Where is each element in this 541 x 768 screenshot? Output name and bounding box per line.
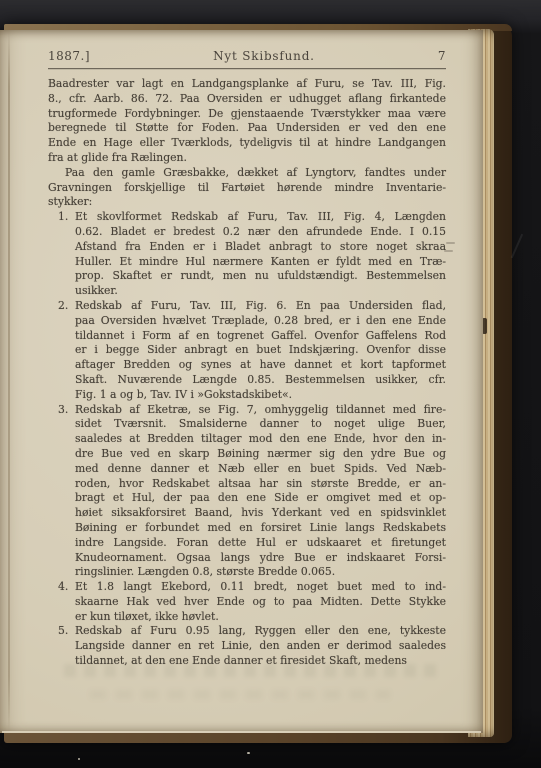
margin-mark: [444, 250, 453, 252]
text-line: fra at glide fra Rælingen.: [48, 151, 446, 166]
text-line: Skaft. Nuværende Længde 0.85. Bestemmels…: [75, 373, 446, 388]
page-bottom-edge: [2, 731, 481, 733]
text-line: 8., cfr. Aarb. 86. 72. Paa Oversiden er …: [48, 92, 446, 107]
text-line: prop. Skaftet er rundt, men nu ufuldstæn…: [75, 269, 446, 284]
list-item-number: 2.: [58, 299, 68, 314]
list-item: 1.Et skovlformet Redskab af Furu, Tav. I…: [48, 210, 446, 299]
paragraph: Baadrester var lagt en Landgangsplanke a…: [48, 77, 446, 166]
scan-background: { "header": { "left": "1887.]", "center"…: [0, 0, 541, 768]
text-line: Ende en Hage eller Tværklods, tydeligvis…: [48, 136, 446, 151]
text-line: paa Oversiden hvælvet Træplade, 0.28 bre…: [75, 314, 446, 329]
list-item: 5.Redskab af Furu 0.95 lang, Ryggen elle…: [48, 624, 446, 668]
text-block: Baadrester var lagt en Landgangsplanke a…: [48, 77, 446, 669]
text-line: usikker.: [75, 284, 446, 299]
dust-speck: [78, 758, 80, 760]
text-line: beregnede til Støtte for Foden. Paa Unde…: [48, 121, 446, 136]
paragraph: Paa den gamle Græsbakke, dækket af Lyngt…: [48, 166, 446, 210]
text-line: Fig. 1 a og b, Tav. IV i »Gokstadskibet«…: [75, 388, 446, 403]
text-line: Paa den gamle Græsbakke, dækket af Lyngt…: [48, 166, 446, 181]
text-line: med denne danner et Næb eller en buet Sp…: [75, 462, 446, 477]
text-line: Redskab af Eketræ, se Fig. 7, omhyggelig…: [75, 403, 446, 418]
list-item-number: 1.: [58, 210, 68, 225]
text-line: trugformede Fordybninger. De gjenstaaend…: [48, 107, 446, 122]
book-page: 1887.] Nyt Skibsfund. 7 Baadrester var l…: [0, 30, 483, 733]
text-line: aftager Bredden og synes at have dannet …: [75, 358, 446, 373]
text-line: dre Bue ved en skarp Bøining nærmer sig …: [75, 447, 446, 462]
list-item: 2.Redskab af Furu, Tav. III, Fig. 6. En …: [48, 299, 446, 403]
list-item-number: 5.: [58, 624, 68, 639]
list-item-number: 4.: [58, 580, 68, 595]
text-line: høiet siksakforsiret Baand, hvis Yderkan…: [75, 506, 446, 521]
list-item: 3.Redskab af Eketræ, se Fig. 7, omhyggel…: [48, 403, 446, 581]
text-line: Huller. Et mindre Hul nærmere Kanten er …: [75, 255, 446, 270]
text-line: skaarne Hak ved hver Ende og to paa Midt…: [75, 595, 446, 610]
text-line: ringslinier. Længden 0.8, største Bredde…: [75, 565, 446, 580]
text-line: Gravningen forskjellige til Fartøiet hør…: [48, 181, 446, 196]
text-line: saaledes at Bredden tiltager mod den ene…: [75, 432, 446, 447]
text-line: sidet Tværsnit. Smalsiderne danner to no…: [75, 417, 446, 432]
margin-mark: [446, 242, 455, 244]
text-line: tildannet i Form af en togrenet Gaffel. …: [75, 329, 446, 344]
dust-speck: [247, 752, 250, 754]
text-line: Redskab af Furu 0.95 lang, Ryggen eller …: [75, 624, 446, 639]
text-line: Et skovlformet Redskab af Furu, Tav. III…: [75, 210, 446, 225]
list-item-number: 3.: [58, 403, 68, 418]
list-item: 4.Et 1.8 langt Ekebord, 0.11 bredt, noge…: [48, 580, 446, 624]
text-line: er i begge Sider anbragt en buet Indskjæ…: [75, 343, 446, 358]
show-through-smudge: [90, 690, 390, 699]
text-line: 0.62. Bladet er bredest 0.2 nær den afru…: [75, 225, 446, 240]
text-line: Baadrester var lagt en Landgangsplanke a…: [48, 77, 446, 92]
text-line: Bøining er forbundet med en forsiret Lin…: [75, 521, 446, 536]
text-line: bragt et Hul, der paa den ene Side er om…: [75, 491, 446, 506]
text-line: indre Langside. Foran dette Hul er udska…: [75, 536, 446, 551]
text-line: stykker:: [48, 195, 446, 210]
header-rule: [48, 68, 446, 69]
text-line: Afstand fra Enden er i Bladet anbragt to…: [75, 240, 446, 255]
text-line: Knudeornament. Ogsaa langs ydre Bue er i…: [75, 551, 446, 566]
text-line: roden, hvor Redskabet altsaa har sin stø…: [75, 477, 446, 492]
cover-scratch: [511, 234, 523, 259]
header-year: 1887.]: [48, 49, 90, 63]
header-title: Nyt Skibsfund.: [213, 49, 315, 63]
show-through-smudge: [58, 664, 436, 677]
text-line: Redskab af Furu, Tav. III, Fig. 6. En pa…: [75, 299, 446, 314]
header-page-number: 7: [438, 49, 446, 63]
gutter-shadow: [8, 30, 10, 733]
text-line: Et 1.8 langt Ekebord, 0.11 bredt, noget …: [75, 580, 446, 595]
page-header: 1887.] Nyt Skibsfund. 7: [48, 49, 446, 65]
text-line: Langside danner en ret Linie, den anden …: [75, 639, 446, 654]
text-line: er kun tiløxet, ikke høvlet.: [75, 610, 446, 625]
